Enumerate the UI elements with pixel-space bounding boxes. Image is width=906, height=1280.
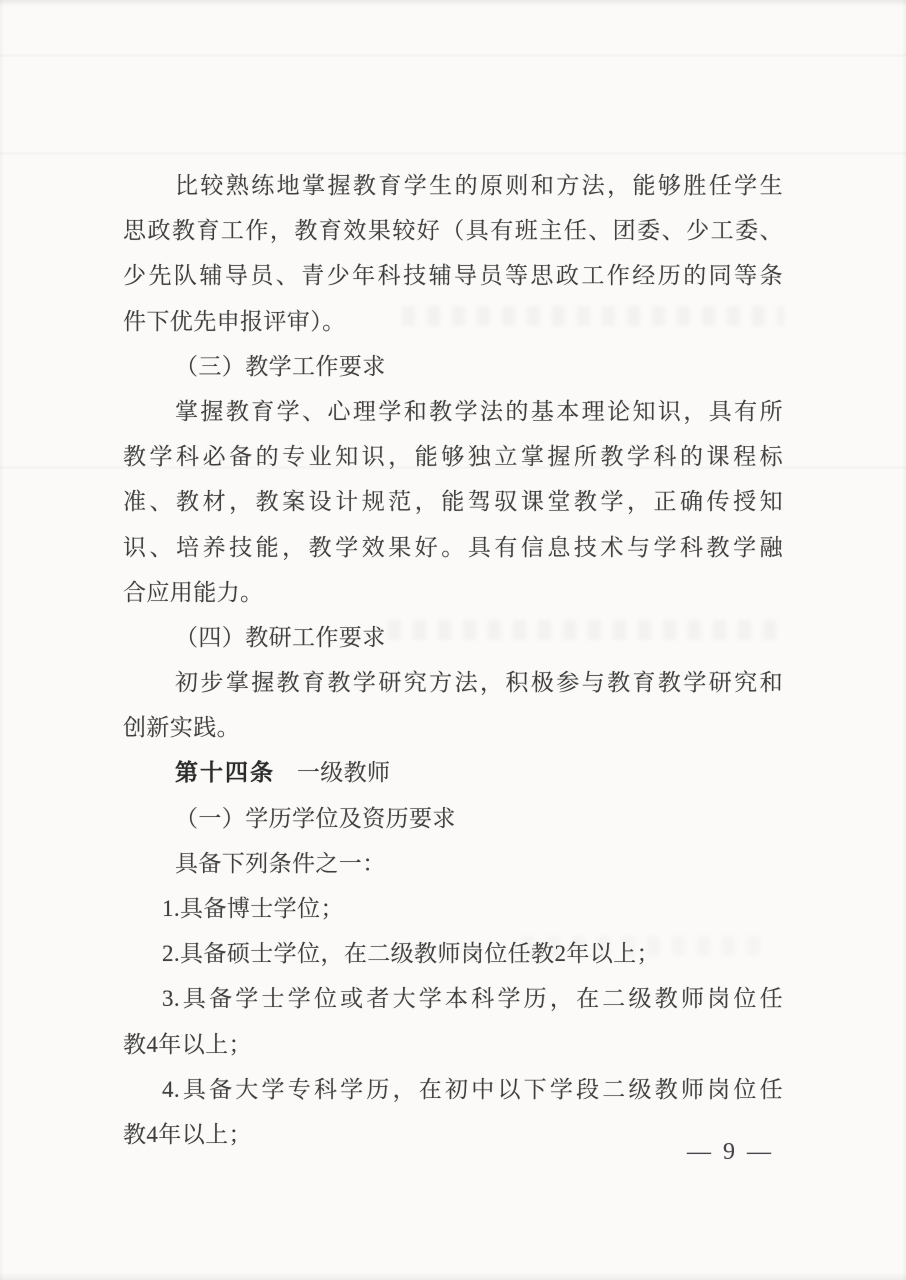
text-line: 4.具备大学专科学历，在初中以下学段二级教师岗位任: [123, 1067, 783, 1112]
scan-edge-left: [0, 0, 4, 1280]
text-line: 3.具备学士学位或者大学本科学历，在二级教师岗位任: [123, 976, 783, 1021]
document-page: 比较熟练地掌握教育学生的原则和方法，能够胜任学生思政教育工作，教育效果较好（具有…: [0, 0, 906, 1280]
text-line: 初步掌握教育教学研究方法，积极参与教育教学研究和: [123, 660, 783, 705]
text-line: 2.具备硕士学位，在二级教师岗位任教2年以上；: [123, 931, 783, 976]
text-line: 比较熟练地掌握教育学生的原则和方法，能够胜任学生: [123, 163, 783, 208]
text-line: 件下优先申报评审）。: [123, 299, 783, 344]
scan-edge-top: [0, 0, 906, 6]
text-line: 教4年以上；: [123, 1112, 783, 1157]
text-line: 1.具备博士学位；: [123, 886, 783, 931]
text-line: 少先队辅导员、青少年科技辅导员等思政工作经历的同等条: [123, 253, 783, 298]
scan-edge-bottom: [0, 1272, 906, 1280]
scan-artifact-band: [0, 152, 906, 155]
text-line: 第十四条一级教师: [123, 750, 783, 795]
scan-edge-right: [902, 0, 906, 1280]
document-body: 比较熟练地掌握教育学生的原则和方法，能够胜任学生思政教育工作，教育效果较好（具有…: [123, 163, 783, 1157]
article-number-bold: 第十四条: [175, 760, 275, 785]
text-line: 合应用能力。: [123, 570, 783, 615]
text-line: 思政教育工作，教育效果较好（具有班主任、团委、少工委、: [123, 208, 783, 253]
page-number: — 9 —: [687, 1139, 774, 1166]
scan-artifact-band: [0, 54, 906, 57]
text-line: （三）教学工作要求: [123, 344, 783, 389]
text-line: 教学科必备的专业知识，能够独立掌握所教学科的课程标: [123, 434, 783, 479]
text-line: 教4年以上；: [123, 1022, 783, 1067]
text-line: （一）学历学位及资历要求: [123, 796, 783, 841]
text-line: （四）教研工作要求: [123, 615, 783, 660]
text-line: 具备下列条件之一：: [123, 841, 783, 886]
text-line: 掌握教育学、心理学和教学法的基本理论知识，具有所: [123, 389, 783, 434]
text-line: 创新实践。: [123, 705, 783, 750]
text-line: 准、教材，教案设计规范，能驾驭课堂教学，正确传授知: [123, 479, 783, 524]
text-line: 识、培养技能，教学效果好。具有信息技术与学科教学融: [123, 525, 783, 570]
